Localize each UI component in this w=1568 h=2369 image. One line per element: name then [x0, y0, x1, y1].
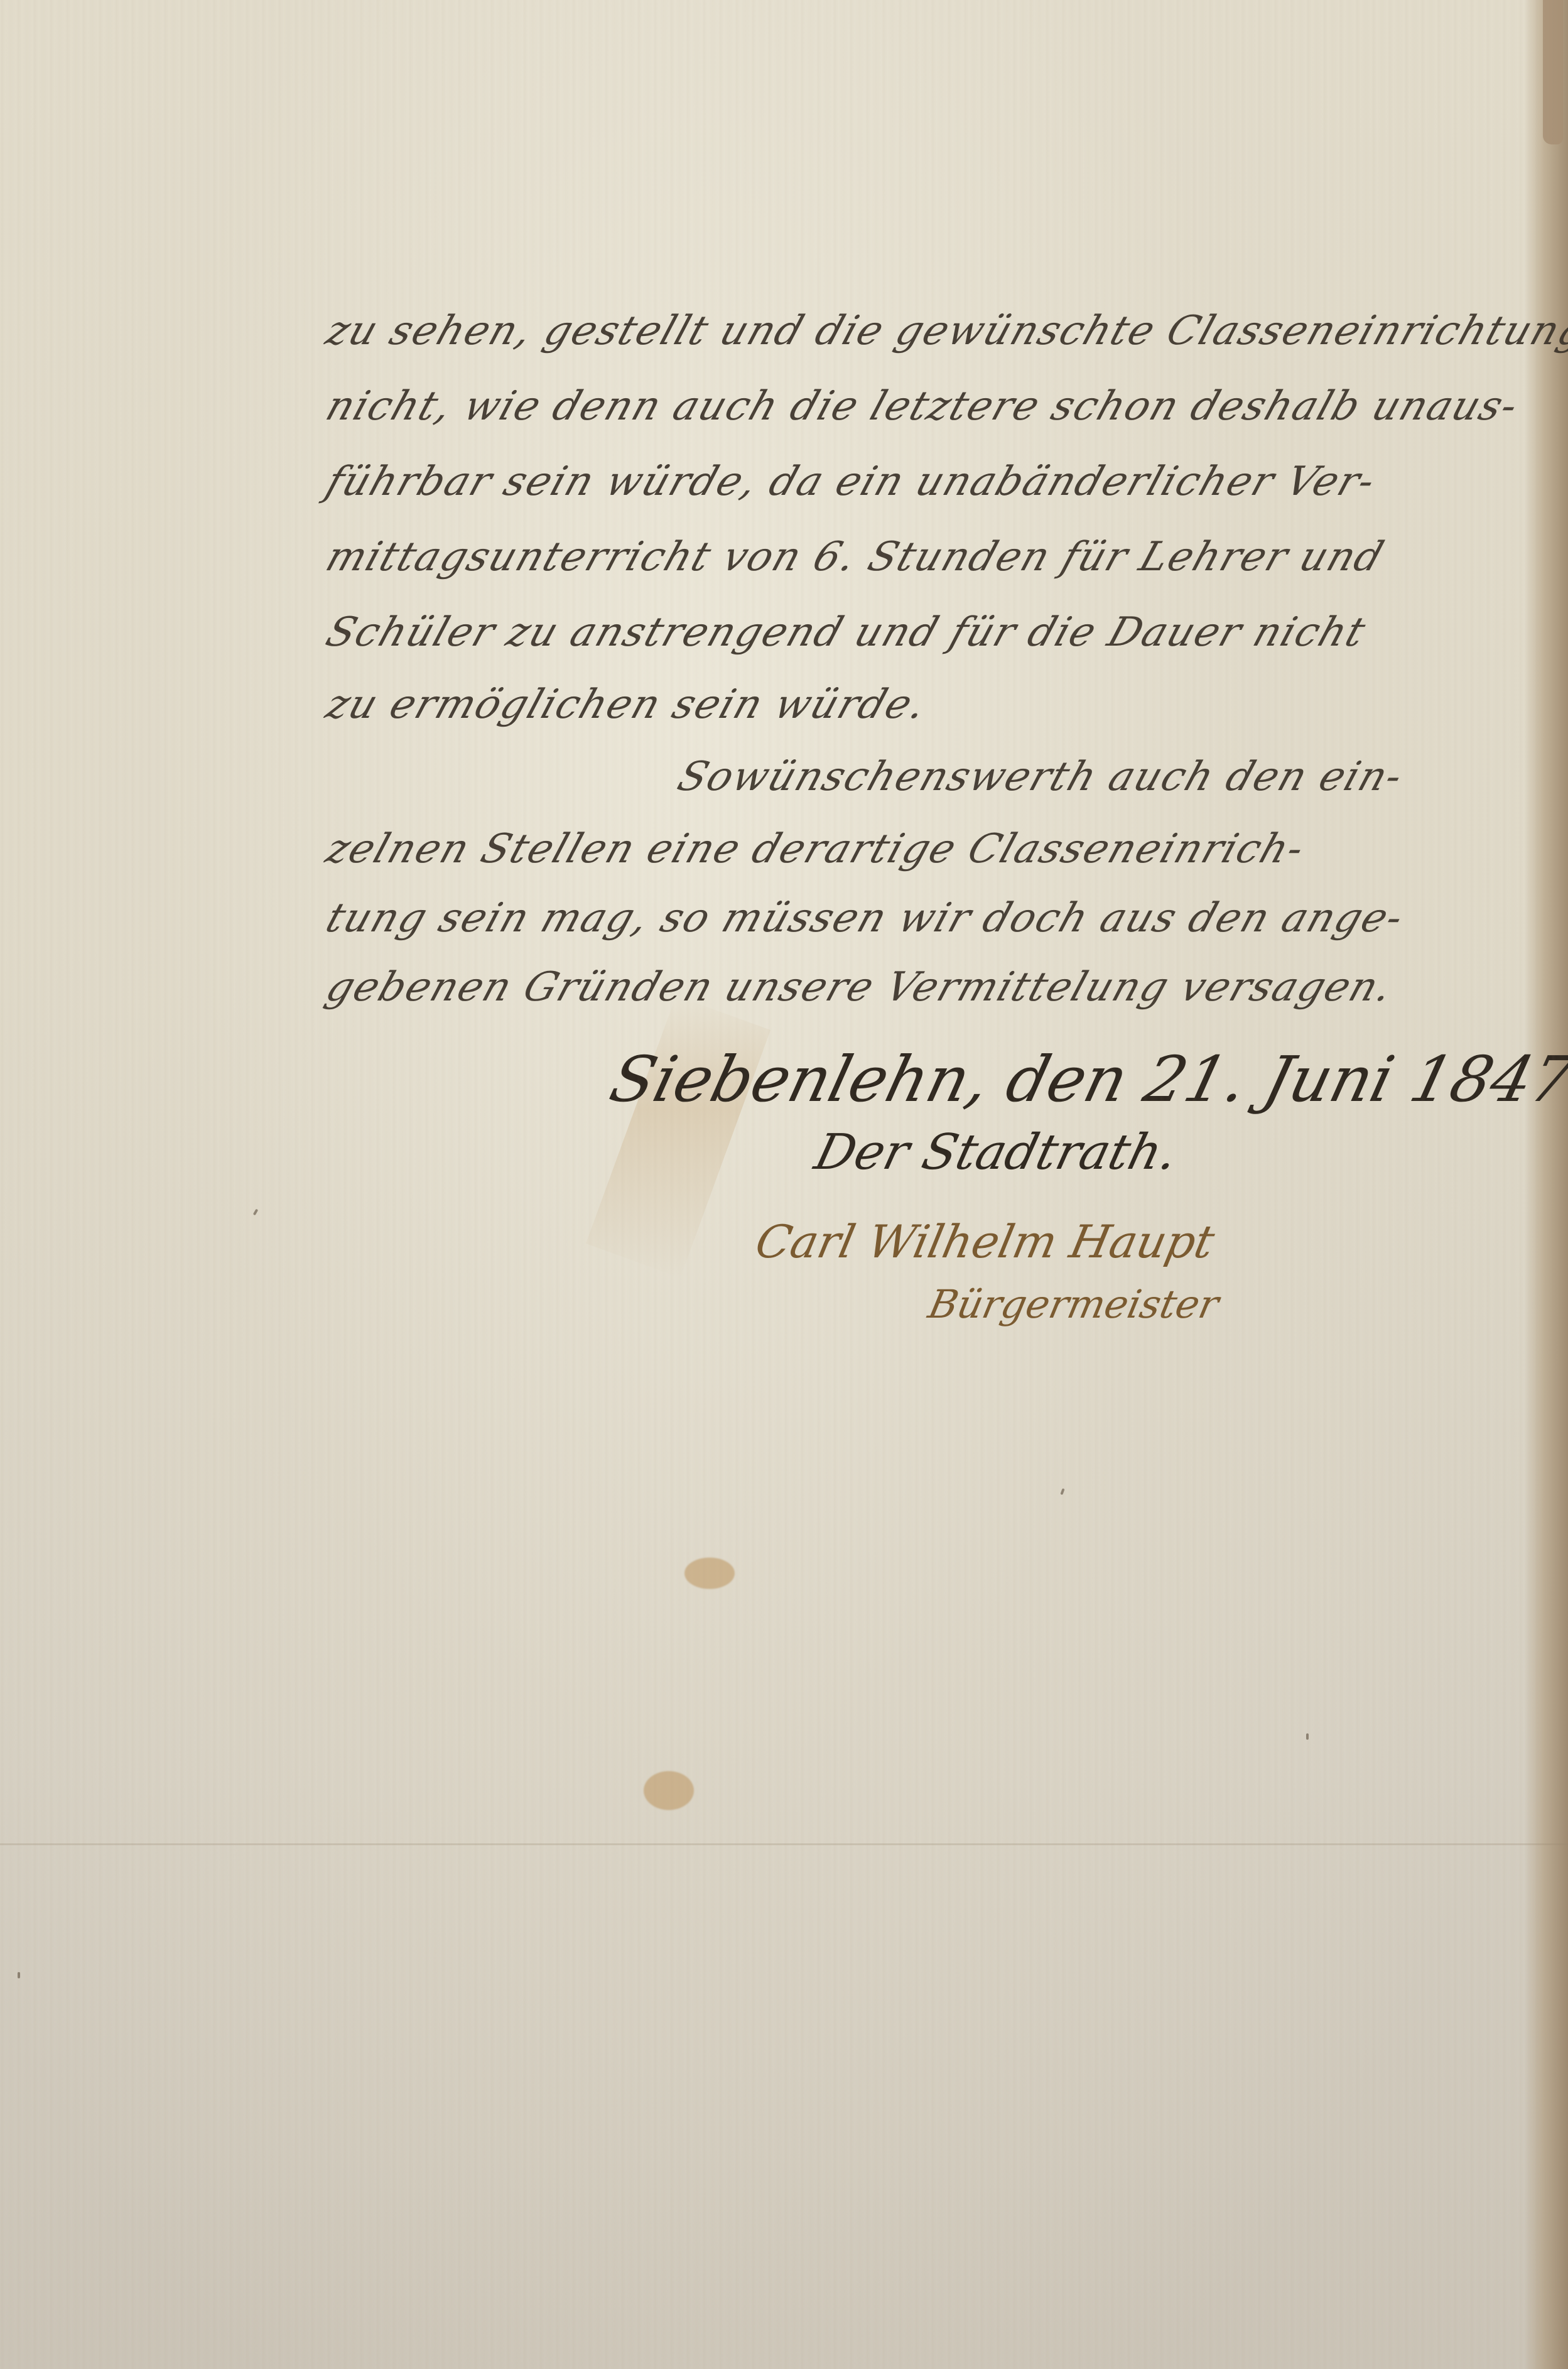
issuing-authority: Der Stadtrath.: [809, 1124, 1184, 1181]
signature-name: Carl Wilhelm Haupt: [751, 1215, 1219, 1268]
body-line: zelnen Stellen eine derartige Classenein…: [320, 826, 1311, 872]
body-line: zu ermöglichen sein würde.: [320, 681, 933, 728]
body-line: nicht, wie denn auch die letztere schon …: [320, 383, 1525, 430]
signature-title: Bürgermeister: [924, 1281, 1223, 1327]
body-line-indented: Sowünschenswerth auch den ein-: [672, 754, 1409, 800]
paper-speck: [1306, 1733, 1309, 1740]
body-line: tung sein mag, so müssen wir doch aus de…: [320, 895, 1410, 941]
paper-speck: [18, 1972, 20, 1978]
foxing-stain: [644, 1771, 694, 1810]
water-stain: [586, 995, 770, 1277]
paper-speck: [253, 1209, 258, 1216]
torn-paper-tab: [1543, 0, 1563, 144]
body-line: führbar sein würde, da ein unabänderlich…: [320, 458, 1382, 505]
body-line: gebenen Gründen unsere Vermittelung vers…: [320, 964, 1399, 1011]
binding-edge: [1524, 0, 1568, 2369]
document-page: zu sehen, gestellt und die gewünschte Cl…: [0, 0, 1568, 2369]
fold-line: [0, 1843, 1568, 1845]
paper-speck: [1060, 1488, 1064, 1495]
body-line: zu sehen, gestellt und die gewünschte Cl…: [320, 308, 1568, 354]
body-line: Schüler zu anstrengend und für die Dauer…: [320, 609, 1372, 656]
foxing-stain: [684, 1558, 735, 1589]
body-line: mittagsunterricht von 6. Stunden für Leh…: [320, 534, 1390, 580]
place-and-date: Siebenlehn, den 21. Juni 1847: [603, 1043, 1568, 1116]
